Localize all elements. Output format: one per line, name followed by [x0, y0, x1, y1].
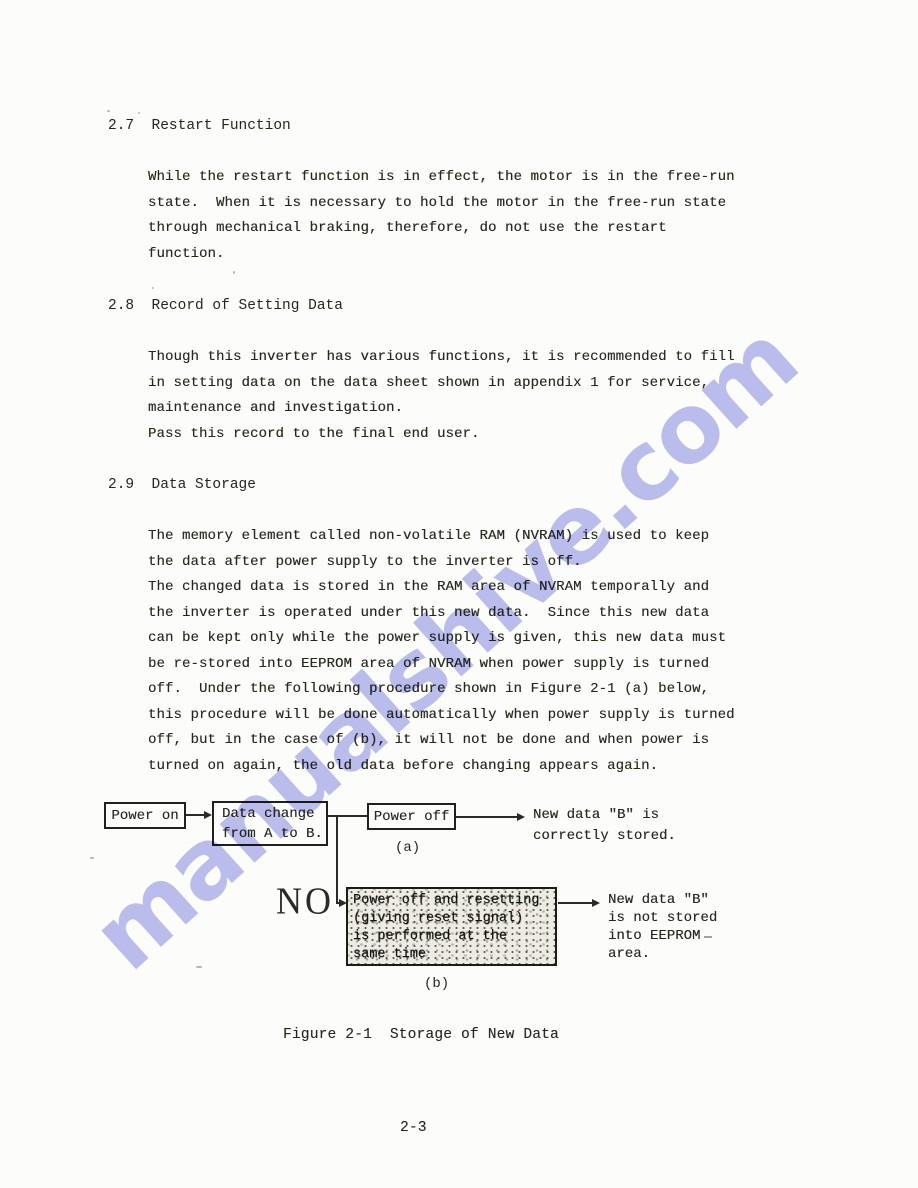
section-heading-2-9: 2.9 Data Storage: [108, 472, 256, 498]
label-no: NO: [276, 883, 334, 919]
label-a: (a): [395, 840, 420, 856]
flowchart-box-power-off: Power off: [367, 803, 456, 830]
scan-speck: [152, 287, 154, 289]
section-heading-2-7: 2.7 Restart Function: [108, 113, 291, 139]
scan-speck: [233, 271, 235, 274]
connector-power-off-to-result-a: [456, 816, 518, 818]
label-b: (b): [424, 976, 449, 992]
connector-branch-vertical: [336, 816, 338, 904]
section-body-2-9: The memory element called non-volatile R…: [148, 524, 768, 779]
scan-dash-artifact: [704, 936, 712, 938]
scan-speck: [107, 110, 110, 112]
arrowhead-icon: [517, 813, 525, 821]
scan-speck: [196, 966, 202, 968]
figure-caption: Figure 2-1 Storage of New Data: [283, 1027, 559, 1043]
result-a-text: New data "B" is correctly stored.: [533, 805, 676, 846]
result-b-text: New data "B" is not stored into EEPROM a…: [608, 891, 717, 963]
section-body-2-7: While the restart function is in effect,…: [148, 165, 768, 267]
section-body-2-8: Though this inverter has various functio…: [148, 345, 768, 447]
arrowhead-icon: [204, 811, 212, 819]
flowchart-box-data-change: Data change from A to B.: [212, 801, 328, 846]
section-heading-2-8: 2.8 Record of Setting Data: [108, 293, 343, 319]
connector-power-on-to-data-change: [186, 814, 206, 816]
arrowhead-icon: [592, 899, 600, 907]
scanned-manual-page: 2.7 Restart Function While the restart f…: [0, 0, 918, 1188]
flowchart-box-power-off-reset: Power off and resetting (giving reset si…: [346, 887, 557, 966]
scan-speck: [138, 112, 140, 114]
connector-data-change-to-power-off: [328, 815, 367, 817]
connector-reset-to-result-b: [558, 902, 594, 904]
flowchart-box-power-on: Power on: [104, 802, 186, 829]
scan-speck: [90, 857, 94, 859]
page-number: 2-3: [400, 1120, 427, 1136]
